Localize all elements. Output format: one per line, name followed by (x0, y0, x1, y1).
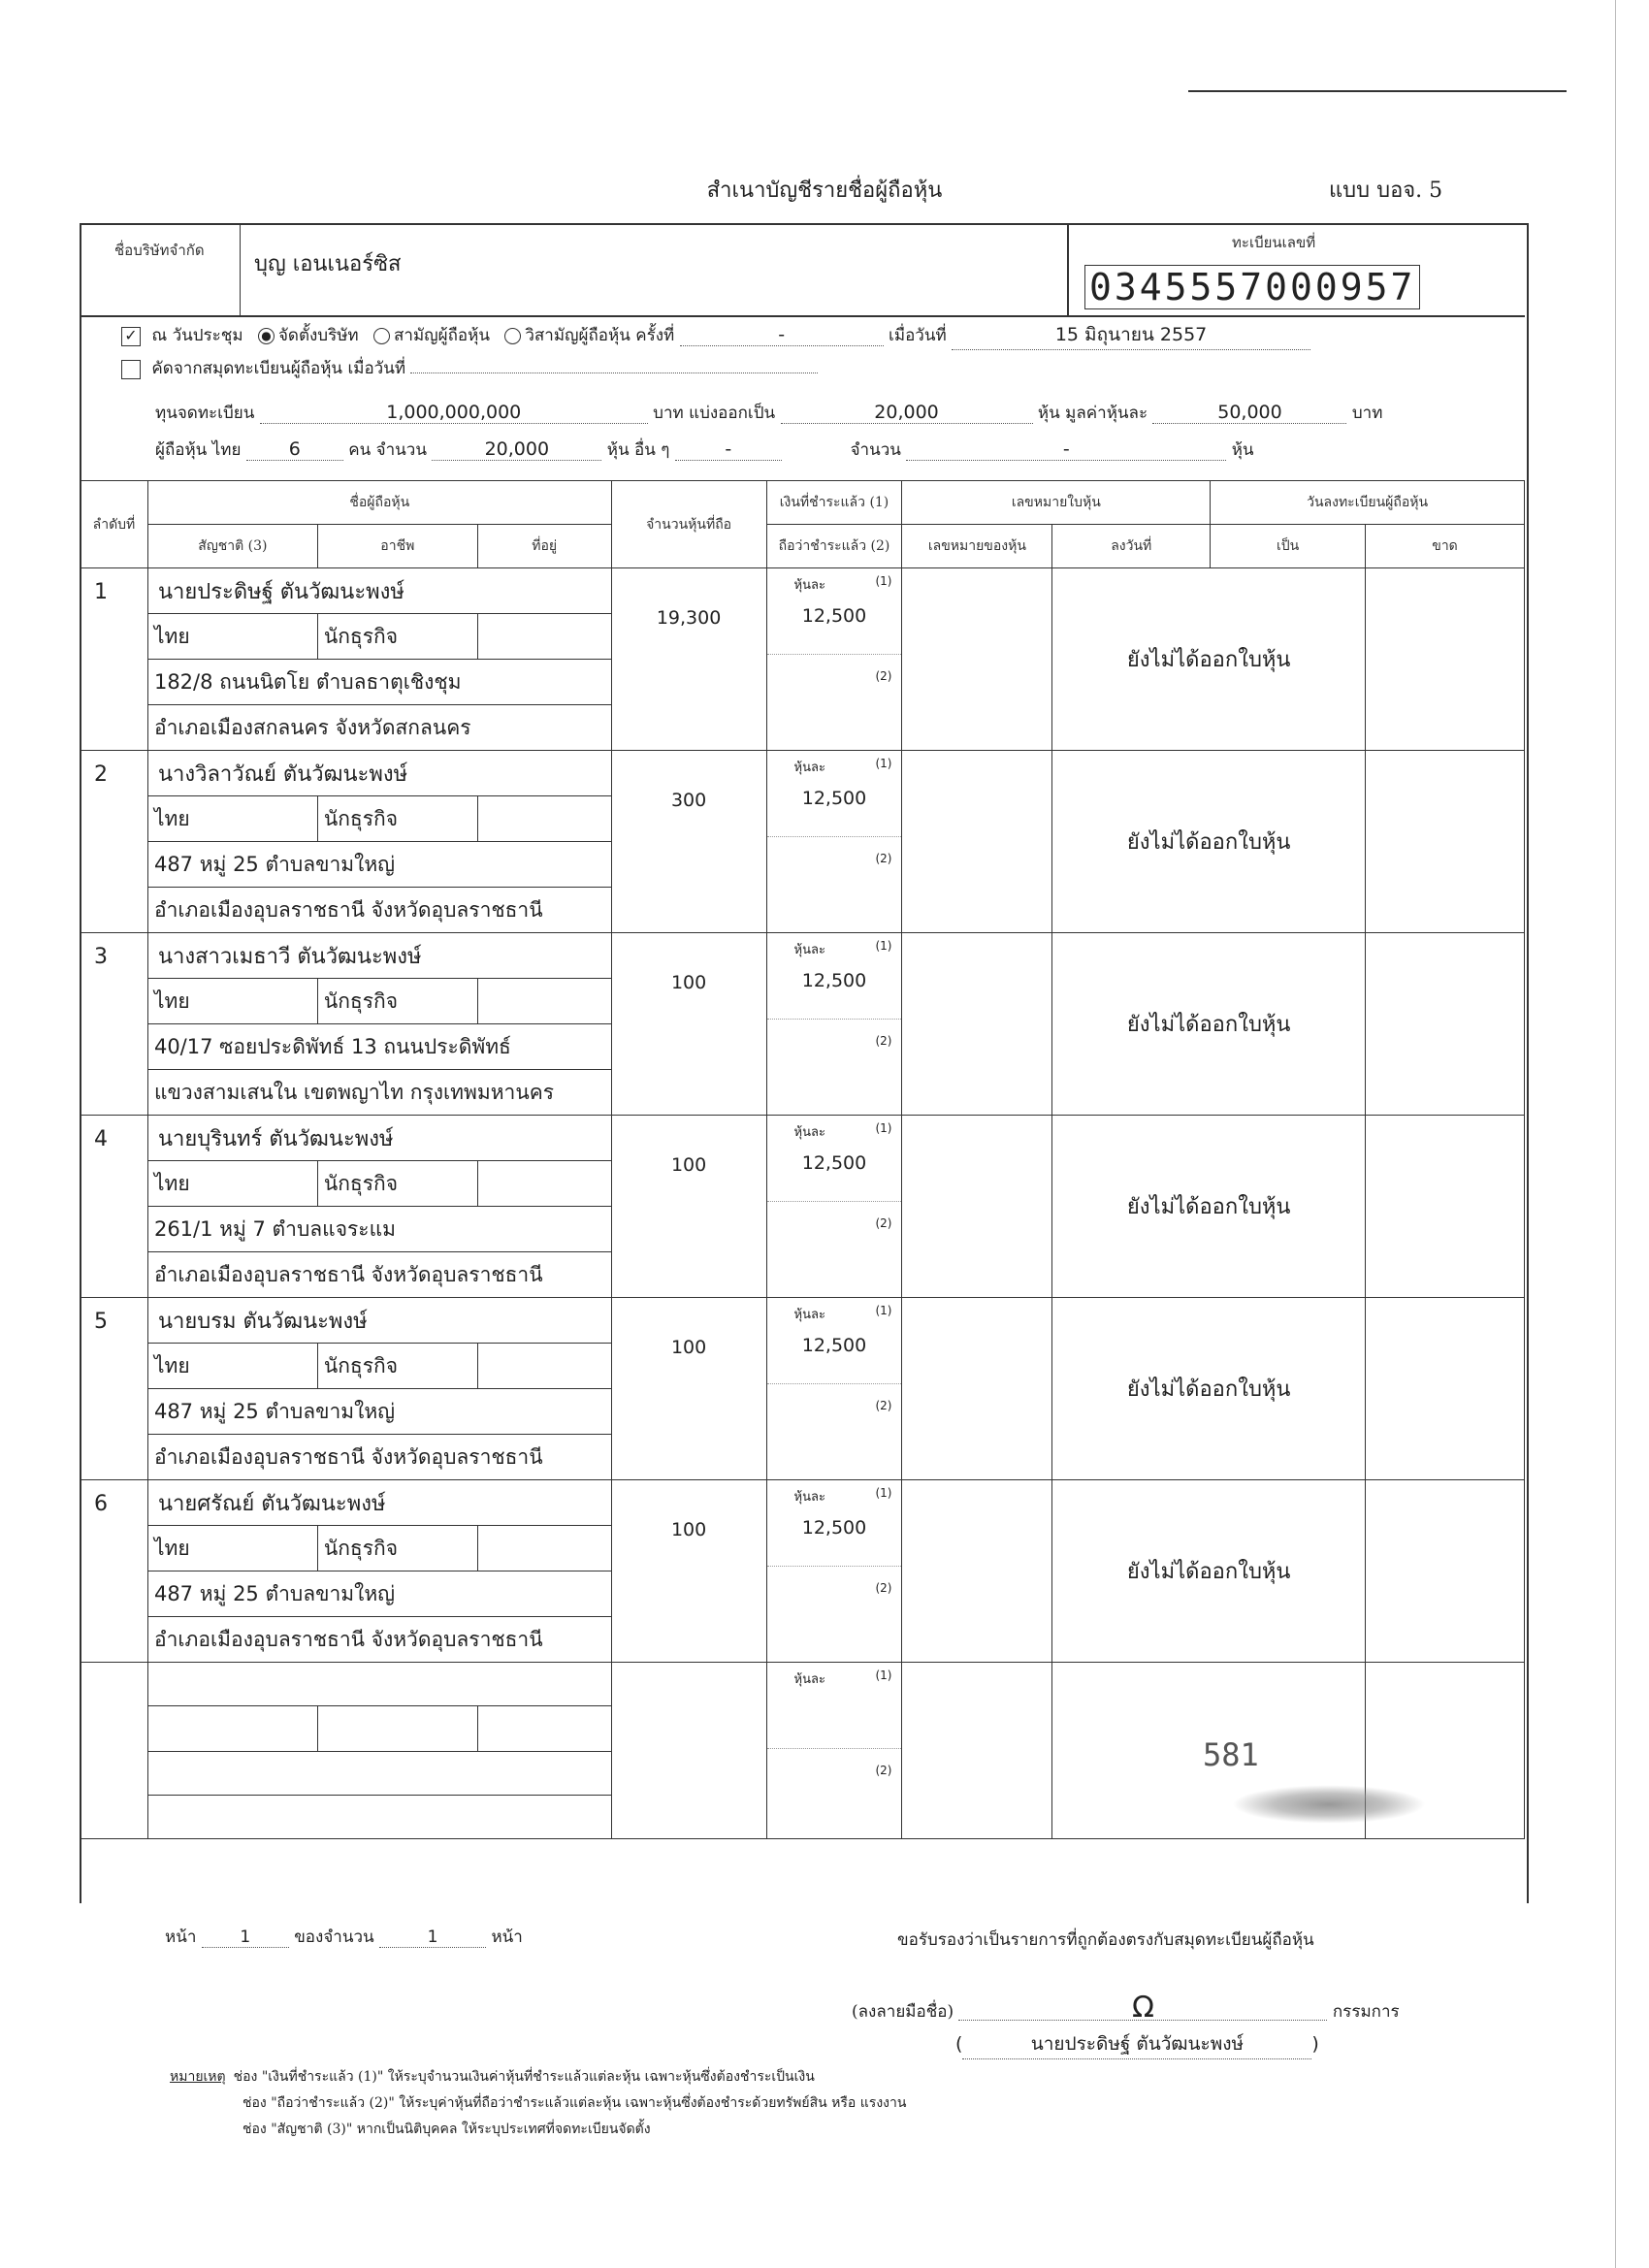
shares-held (611, 1663, 766, 1839)
session-field[interactable]: - (680, 324, 884, 346)
table-row: 3 นางสาวเมธาวี ตันวัฒนะพงษ์ 100 หุ้นละ (… (81, 933, 1525, 979)
page-label: หน้า (165, 1928, 196, 1947)
header-cert-date: ลงวันที่ (1052, 525, 1211, 568)
occupation (317, 1706, 477, 1752)
divider (767, 1383, 902, 1384)
stamp-smudge (1232, 1785, 1426, 1824)
certificate-status: ยังไม่ได้ออกใบหุ้น (1052, 751, 1366, 933)
form-code: แบบ บอจ. 5 (1329, 173, 1442, 207)
per-share-label: หุ้นละ (794, 574, 825, 595)
thai-shares-field[interactable]: 20,000 (432, 438, 601, 461)
row-number: 2 (81, 751, 148, 933)
header-shares-held: จำนวนหุ้นที่ถือ (611, 481, 766, 568)
holders-label: ผู้ถือหุ้น (155, 440, 207, 460)
persons-label: คน (348, 440, 371, 460)
signature: Ω (958, 1991, 1327, 2021)
row-number: 5 (81, 1298, 148, 1480)
amount-label: จำนวน (376, 440, 427, 460)
document-title: สำเนาบัญชีรายชื่อผู้ถือหุ้น (582, 173, 1067, 207)
ceased-cell (1366, 1116, 1525, 1298)
thai-count-field[interactable]: 6 (246, 438, 343, 461)
copy-label: คัดจากสมุดทะเบียนผู้ถือหุ้น เมื่อวันที่ (151, 359, 405, 378)
table-row: 2 นางวิลาวัณย์ ตันวัฒนะพงษ์ 300 หุ้นละ (… (81, 751, 1525, 796)
address-line-1: 487 หมู่ 25 ตำบลขามใหญ่ (147, 1389, 611, 1435)
paid-cell: หุ้นละ (1) 12,500 (2) (766, 751, 902, 933)
mark-1: (1) (875, 939, 891, 953)
cert-no-cell (902, 1116, 1052, 1298)
mark-1: (1) (875, 574, 891, 588)
notes-title: หมายเหตุ (170, 2069, 226, 2085)
occupation: นักธุรกิจ (317, 979, 477, 1024)
ceased-cell (1366, 568, 1525, 751)
holder-name: นายศรัณย์ ตันวัฒนะพงษ์ (147, 1480, 611, 1526)
ceased-cell (1366, 1480, 1525, 1663)
address-line-2: อำเภอเมืองอุบลราชธานี จังหวัดอุบลราชธานี (147, 1252, 611, 1298)
option-establish: จัดตั้งบริษัท (278, 326, 359, 345)
nationality: ไทย (147, 796, 317, 842)
capital-label: ทุนจดทะเบียน (155, 404, 254, 423)
cert-no-cell (902, 751, 1052, 933)
top-rule (1188, 90, 1567, 92)
divider (767, 1748, 902, 1749)
certificate-status: ยังไม่ได้ออกใบหุ้น (1052, 1116, 1366, 1298)
capital-field[interactable]: 1,000,000,000 (260, 402, 648, 424)
role-label: กรรมการ (1333, 2002, 1400, 2022)
shareholder-table: ลำดับที่ ชื่อผู้ถือหุ้น จำนวนหุ้นที่ถือ … (80, 480, 1525, 1839)
cert-no-cell (902, 1663, 1052, 1839)
paid-value: 12,500 (767, 605, 902, 627)
mark-2: (2) (875, 1764, 891, 1777)
certification-text: ขอรับรองว่าเป็นรายการที่ถูกต้องตรงกับสมุ… (897, 1927, 1314, 1953)
occupation: นักธุรกิจ (317, 1161, 477, 1207)
company-label: ชื่อบริษัทจำกัด (114, 239, 205, 262)
row-number: 6 (81, 1480, 148, 1663)
header-nationality: สัญชาติ (3) (147, 525, 317, 568)
per-share-label: หุ้นละ (794, 1669, 825, 1689)
signer-name-text: นายประดิษฐ์ ตันวัฒนะพงษ์ (962, 2029, 1311, 2059)
cert-no-cell (902, 1480, 1052, 1663)
radio-ordinary[interactable] (373, 328, 390, 344)
holders-row: ผู้ถือหุ้น ไทย 6 คน จำนวน 20,000 หุ้น อื… (155, 437, 1254, 463)
sign-label: (ลงลายมือชื่อ) (852, 2002, 954, 2022)
row-number: 4 (81, 1116, 148, 1298)
paid-value: 12,500 (767, 1152, 902, 1174)
table-row: 4 นายบุรินทร์ ตันวัฒนะพงษ์ 100 หุ้นละ (1… (81, 1116, 1525, 1161)
note-3: ช่อง "สัญชาติ (3)" หากเป็นนิติบุคคล ให้ร… (242, 2122, 651, 2137)
address-line-2: แขวงสามเสนใน เขตพญาไท กรุงเทพมหานคร (147, 1070, 611, 1116)
address-line-2: อำเภอเมืองอุบลราชธานี จังหวัดอุบลราชธานี (147, 888, 611, 933)
divider (767, 654, 902, 655)
nationality (147, 1706, 317, 1752)
par-label: มูลค่าหุ้นละ (1065, 404, 1148, 423)
address-extra (477, 979, 611, 1024)
table-row: 5 นายบรม ตันวัฒนะพงษ์ 100 หุ้นละ (1) 12,… (81, 1298, 1525, 1344)
per-share-label: หุ้นละ (794, 757, 825, 777)
option-ordinary: สามัญผู้ถือหุ้น (394, 326, 490, 345)
shares-held: 19,300 (611, 568, 766, 751)
mark-2: (2) (875, 1399, 891, 1412)
note-2: ช่อง "ถือว่าชำระแล้ว (2)" ให้ระบุค่าหุ้น… (242, 2095, 906, 2111)
address-line-2 (147, 1796, 611, 1839)
copy-row: คัดจากสมุดทะเบียนผู้ถือหุ้น เมื่อวันที่ (121, 355, 818, 381)
header-address: ที่อยู่ (477, 525, 611, 568)
shares-label: หุ้น (1038, 404, 1060, 423)
registration-label: ทะเบียนเลขที่ (1232, 231, 1315, 254)
nationality: ไทย (147, 614, 317, 660)
divider (767, 1019, 902, 1020)
other-shares-field[interactable]: - (906, 438, 1226, 461)
baht-label: บาท (653, 404, 684, 423)
other-label: อื่น ๆ (634, 440, 669, 460)
shares-label: หุ้น (607, 440, 630, 460)
mark-2: (2) (875, 669, 891, 683)
table-row: 1 นายประดิษฐ์ ตันวัฒนะพงษ์ 19,300 หุ้นละ… (81, 568, 1525, 614)
header-became: เป็น (1211, 525, 1366, 568)
row-number: 1 (81, 568, 148, 751)
par-field[interactable]: 50,000 (1152, 402, 1346, 424)
shares-held: 300 (611, 751, 766, 933)
paid-cell: หุ้นละ (1) 12,500 (2) (766, 1116, 902, 1298)
holder-name: นายบุรินทร์ ตันวัฒนะพงษ์ (147, 1116, 611, 1161)
ceased-cell (1366, 1298, 1525, 1480)
meeting-label: ณ วันประชุม (151, 326, 242, 345)
page-edge (1615, 0, 1616, 2268)
address-line-1: 487 หมู่ 25 ตำบลขามใหญ่ (147, 842, 611, 888)
notes: หมายเหตุช่อง "เงินที่ชำระแล้ว (1)" ให้ระ… (170, 2064, 906, 2143)
baht-label-2: บาท (1352, 404, 1383, 423)
paid-cell: หุ้นละ (1) 12,500 (2) (766, 1480, 902, 1663)
cert-no-cell (902, 1298, 1052, 1480)
divider (767, 836, 902, 837)
header-paid-2: ถือว่าชำระแล้ว (2) (766, 525, 902, 568)
cert-no-cell (902, 568, 1052, 751)
address-line-1: 182/8 ถนนนิตโย ตำบลธาตุเชิงชุม (147, 660, 611, 705)
date-label: เมื่อวันที่ (889, 326, 947, 345)
paid-value: 12,500 (767, 1335, 902, 1356)
header-no: ลำดับที่ (81, 481, 148, 568)
date-field[interactable]: 15 มิถุนายน 2557 (952, 320, 1310, 350)
mark-2: (2) (875, 1216, 891, 1230)
option-extraordinary: วิสามัญผู้ถือหุ้น (525, 326, 630, 345)
nationality: ไทย (147, 1526, 317, 1571)
cert-no-cell (902, 933, 1052, 1116)
nationality: ไทย (147, 1161, 317, 1207)
address-extra (477, 796, 611, 842)
mark-1: (1) (875, 757, 891, 770)
radio-establish[interactable]: ● (258, 328, 275, 344)
capital-row: ทุนจดทะเบียน 1,000,000,000 บาท แบ่งออกเป… (155, 400, 1382, 426)
holder-name (147, 1663, 611, 1706)
nationality: ไทย (147, 1344, 317, 1389)
address-extra (477, 614, 611, 660)
occupation: นักธุรกิจ (317, 796, 477, 842)
header-occupation: อาชีพ (317, 525, 477, 568)
of-label: ของจำนวน (294, 1928, 373, 1947)
per-share-label: หุ้นละ (794, 1304, 825, 1324)
shares-held: 100 (611, 1480, 766, 1663)
address-line-1 (147, 1752, 611, 1796)
company-name: บุญ เอนเนอร์ซิส (254, 246, 401, 280)
address-extra (477, 1161, 611, 1207)
shares-held: 100 (611, 1298, 766, 1480)
shares-held: 100 (611, 933, 766, 1116)
divider (767, 1201, 902, 1202)
radio-extraordinary[interactable] (504, 328, 521, 344)
paid-cell: หุ้นละ (1) 12,500 (2) (766, 1298, 902, 1480)
page-indicator: หน้า 1 ของจำนวน 1 หน้า (165, 1924, 523, 1950)
paid-cell: หุ้นละ (1) 12,500 (2) (766, 933, 902, 1116)
copy-checkbox[interactable] (121, 360, 141, 379)
divider (240, 225, 241, 315)
header-holder-name: ชื่อผู้ถือหุ้น (147, 481, 611, 525)
holder-name: นางวิลาวัณย์ ตันวัฒนะพงษ์ (147, 751, 611, 796)
mark-1: (1) (875, 1669, 891, 1682)
address-extra (477, 1706, 611, 1752)
table-row: 6 นายศรัณย์ ตันวัฒนะพงษ์ 100 หุ้นละ (1) … (81, 1480, 1525, 1526)
certificate-status: ยังไม่ได้ออกใบหุ้น (1052, 1298, 1366, 1480)
per-share-label: หุ้นละ (794, 1486, 825, 1507)
per-share-label: หุ้นละ (794, 1121, 825, 1142)
signature-row: (ลงลายมือชื่อ) Ω กรรมการ (852, 1991, 1400, 2025)
header-cert-group: เลขหมายใบหุ้น (902, 481, 1211, 525)
address-line-1: 40/17 ซอยประดิพัทธ์ 13 ถนนประดิพัทธ์ (147, 1024, 611, 1070)
per-share-label: หุ้นละ (794, 939, 825, 959)
other-amount-label: จำนวน (851, 440, 901, 460)
mark-2: (2) (875, 852, 891, 865)
stamp-number: 581 (1203, 1736, 1259, 1773)
occupation: นักธุรกิจ (317, 1344, 477, 1389)
registration-number: 0345557000957 (1084, 265, 1420, 309)
header-ceased: ขาด (1366, 525, 1525, 568)
divider (767, 1566, 902, 1567)
note-1: ช่อง "เงินที่ชำระแล้ว (1)" ให้ระบุจำนวนเ… (234, 2069, 815, 2085)
meeting-checkbox[interactable]: ✓ (121, 327, 141, 346)
holder-name: นายประดิษฐ์ ตันวัฒนะพงษ์ (147, 568, 611, 614)
row-number: 3 (81, 933, 148, 1116)
certificate-status: ยังไม่ได้ออกใบหุ้น (1052, 568, 1366, 751)
row-number (81, 1663, 148, 1839)
occupation: นักธุรกิจ (317, 1526, 477, 1571)
thai-label: ไทย (212, 440, 242, 460)
shares-label-2: หุ้น (1232, 440, 1254, 460)
nationality: ไทย (147, 979, 317, 1024)
copy-date-field[interactable] (410, 373, 818, 373)
shares-held: 100 (611, 1116, 766, 1298)
holder-name: นางสาวเมธาวี ตันวัฒนะพงษ์ (147, 933, 611, 979)
total-pages: 1 (379, 1928, 486, 1948)
pages-label: หน้า (491, 1928, 522, 1947)
certificate-status: ยังไม่ได้ออกใบหุ้น (1052, 1480, 1366, 1663)
mark-2: (2) (875, 1034, 891, 1048)
session-label: ครั้งที่ (635, 326, 674, 345)
page-number: 1 (202, 1928, 289, 1948)
divided-field[interactable]: 20,000 (781, 402, 1033, 424)
paid-value: 12,500 (767, 970, 902, 991)
address-extra (477, 1344, 611, 1389)
address-line-2: อำเภอเมืองอุบลราชธานี จังหวัดอุบลราชธานี (147, 1617, 611, 1663)
address-line-2: อำเภอเมืองสกลนคร จังหวัดสกลนคร (147, 705, 611, 751)
address-line-2: อำเภอเมืองอุบลราชธานี จังหวัดอุบลราชธานี (147, 1435, 611, 1480)
mark-1: (1) (875, 1304, 891, 1317)
other-count-field[interactable]: - (675, 438, 782, 461)
table-row: หุ้นละ (1) (2) (81, 1663, 1525, 1706)
paid-value: 12,500 (767, 788, 902, 809)
paid-cell: หุ้นละ (1) 12,500 (2) (766, 568, 902, 751)
certificate-status: ยังไม่ได้ออกใบหุ้น (1052, 933, 1366, 1116)
ceased-cell (1366, 933, 1525, 1116)
header-paid-1: เงินที่ชำระแล้ว (1) (766, 481, 902, 525)
mark-1: (1) (875, 1121, 891, 1135)
mark-2: (2) (875, 1581, 891, 1595)
paid-cell: หุ้นละ (1) (2) (766, 1663, 902, 1839)
meeting-row: ✓ ณ วันประชุม ●จัดตั้งบริษัท สามัญผู้ถือ… (121, 320, 1310, 350)
mark-1: (1) (875, 1486, 891, 1500)
ceased-cell (1366, 751, 1525, 933)
paid-value: 12,500 (767, 1517, 902, 1539)
header-cert-no: เลขหมายของหุ้น (902, 525, 1052, 568)
address-extra (477, 1526, 611, 1571)
signer-name: (นายประดิษฐ์ ตันวัฒนะพงษ์) (955, 2029, 1319, 2059)
address-line-1: 261/1 หมู่ 7 ตำบลแจระแม (147, 1207, 611, 1252)
divided-label: แบ่งออกเป็น (689, 404, 775, 423)
address-line-1: 487 หมู่ 25 ตำบลขามใหญ่ (147, 1571, 611, 1617)
occupation: นักธุรกิจ (317, 614, 477, 660)
holder-name: นายบรม ตันวัฒนะพงษ์ (147, 1298, 611, 1344)
header-reg-date-group: วันลงทะเบียนผู้ถือหุ้น (1211, 481, 1525, 525)
